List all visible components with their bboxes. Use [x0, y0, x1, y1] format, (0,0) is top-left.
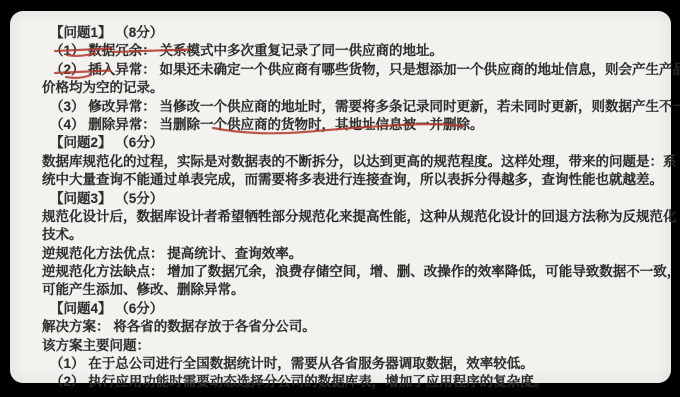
text-line: 价格均为空的记录。 — [42, 79, 657, 97]
text-line: （1） 数据冗余： 关系模式中多次重复记录了同一供应商的地址。 — [42, 42, 657, 60]
text-line: 数据库规范化的过程，实际是对数据表的不断拆分，以达到更高的规范程度。这样处理，带… — [42, 153, 657, 171]
text-line: 【问题1】 （8分） — [42, 24, 657, 42]
text-line: （2） 执行应用功能时需要动态选择分公司的数据库表，增加了应用程序的复杂度。 — [42, 373, 657, 391]
text-line: 逆规范化方法优点： 提高统计、查询效率。 — [42, 245, 657, 263]
text-line: 技术。 — [42, 226, 657, 244]
text-line: 统中大量查询不能通过单表完成，而需要将多表进行连接查询，所以表拆分得越多，查询性… — [42, 171, 657, 189]
text-line: 逆规范化方法缺点： 增加了数据冗余，浪费存储空间，增、删、改操作的效率降低，可能… — [42, 263, 657, 281]
text-line: （1） 在于总公司进行全国数据统计时，需要从各省服务器调取数据，效率较低。 — [42, 355, 657, 373]
document-lines: 【问题1】 （8分）（1） 数据冗余： 关系模式中多次重复记录了同一供应商的地址… — [42, 24, 657, 392]
document-card: 【问题1】 （8分）（1） 数据冗余： 关系模式中多次重复记录了同一供应商的地址… — [10, 11, 671, 383]
text-line: 该方案主要问题： — [42, 337, 657, 355]
text-line: 【问题4】 （6分） — [42, 300, 657, 318]
text-line: 规范化设计后，数据库设计者希望牺牲部分规范化来提高性能，这种从规范化设计的回退方… — [42, 208, 657, 226]
text-line: 【问题2】 （6分） — [42, 134, 657, 152]
text-line: （3） 修改异常： 当修改一个供应商的地址时，需要将多条记录同时更新，若未同时更… — [42, 98, 657, 116]
screenshot-stage: 【问题1】 （8分）（1） 数据冗余： 关系模式中多次重复记录了同一供应商的地址… — [0, 0, 680, 397]
text-line: （2） 插入异常： 如果还未确定一个供应商有哪些货物，只是想添加一个供应商的地址… — [42, 61, 657, 79]
text-line: （4） 删除异常： 当删除一个供应商的货物时，其地址信息被一并删除。 — [42, 116, 657, 134]
text-line: 可能产生添加、修改、删除异常。 — [42, 281, 657, 299]
text-line: 【问题3】 （5分） — [42, 190, 657, 208]
text-line: 解决方案： 将各省的数据存放于各省分公司。 — [42, 318, 657, 336]
